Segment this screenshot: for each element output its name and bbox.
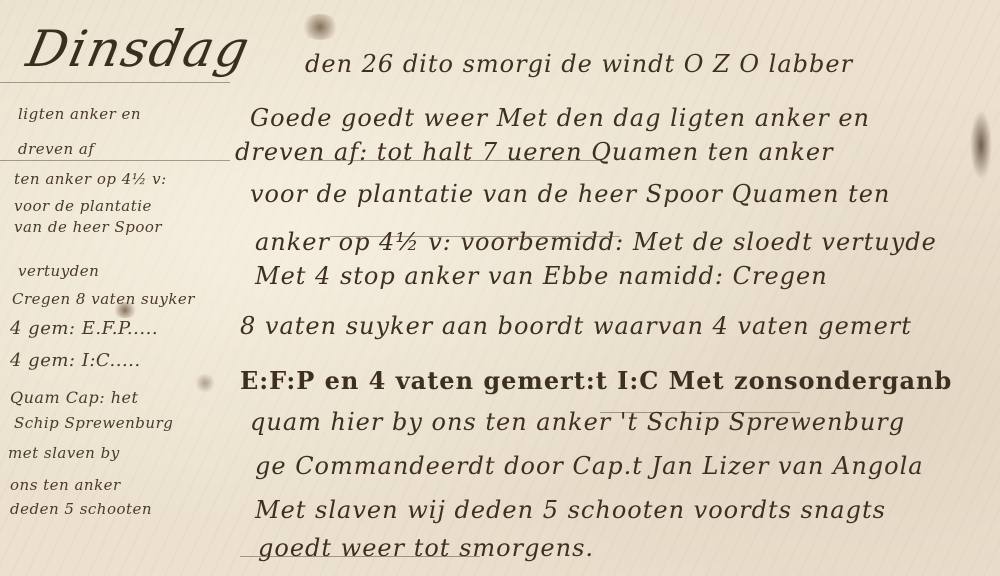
main-line-3: dreven af: tot halt 7 ueren Quamen ten a… bbox=[235, 138, 834, 166]
main-line-7: 8 vaten suyker aan boordt waarvan 4 vate… bbox=[240, 312, 912, 340]
main-line-4: voor de plantatie van de heer Spoor Quam… bbox=[250, 180, 890, 208]
pen-stroke bbox=[240, 556, 480, 557]
margin-note-14: deden 5 schooten bbox=[10, 500, 152, 518]
main-line-8: E:F:P en 4 vaten gemert:t I:C Met zonson… bbox=[240, 366, 952, 395]
main-line-6: Met 4 stop anker van Ebbe namidd: Cregen bbox=[255, 262, 828, 290]
margin-note-1: ligten anker en bbox=[18, 105, 141, 123]
margin-note-3: ten anker op 4½ v: bbox=[14, 170, 167, 188]
margin-note-12: met slaven by bbox=[8, 444, 120, 462]
main-line-2: Goede goedt weer Met den dag ligten anke… bbox=[250, 104, 870, 132]
pen-stroke bbox=[0, 160, 230, 161]
pen-stroke bbox=[0, 82, 230, 83]
pen-stroke bbox=[300, 160, 600, 161]
margin-note-8: 4 gem: E.F.P..... bbox=[10, 318, 158, 339]
ink-blot bbox=[300, 14, 340, 40]
pen-stroke bbox=[330, 236, 620, 237]
margin-note-2: dreven af bbox=[18, 140, 94, 158]
main-line-12: goedt weer tot smorgens. bbox=[258, 534, 594, 562]
ink-blot bbox=[195, 373, 215, 393]
main-line-10: ge Commandeerdt door Cap.t Jan Lizer van… bbox=[255, 452, 924, 480]
margin-note-6: vertuyden bbox=[18, 262, 99, 280]
margin-note-11: Schip Sprewenburg bbox=[14, 414, 173, 432]
manuscript-page: Dinsdag den 26 dito smorgi de windt O Z … bbox=[0, 0, 1000, 576]
main-line-1: den 26 dito smorgi de windt O Z O labber bbox=[305, 50, 853, 78]
main-line-11: Met slaven wij deden 5 schooten voordts … bbox=[255, 496, 886, 524]
margin-note-5: van de heer Spoor bbox=[14, 218, 162, 236]
margin-note-7: Cregen 8 vaten suyker bbox=[12, 290, 195, 308]
pen-stroke bbox=[600, 412, 800, 413]
main-line-5: anker op 4½ v: voorbemidd: Met de sloedt… bbox=[255, 228, 937, 256]
heading-dinsdag: Dinsdag bbox=[22, 20, 256, 78]
margin-note-4: voor de plantatie bbox=[14, 197, 152, 215]
margin-note-13: ons ten anker bbox=[10, 476, 121, 494]
margin-note-9: 4 gem: I:C..... bbox=[10, 350, 141, 371]
main-line-9: quam hier by ons ten anker 't Schip Spre… bbox=[250, 408, 905, 436]
ink-stain bbox=[970, 110, 992, 180]
margin-note-10: Quam Cap: het bbox=[10, 388, 138, 407]
